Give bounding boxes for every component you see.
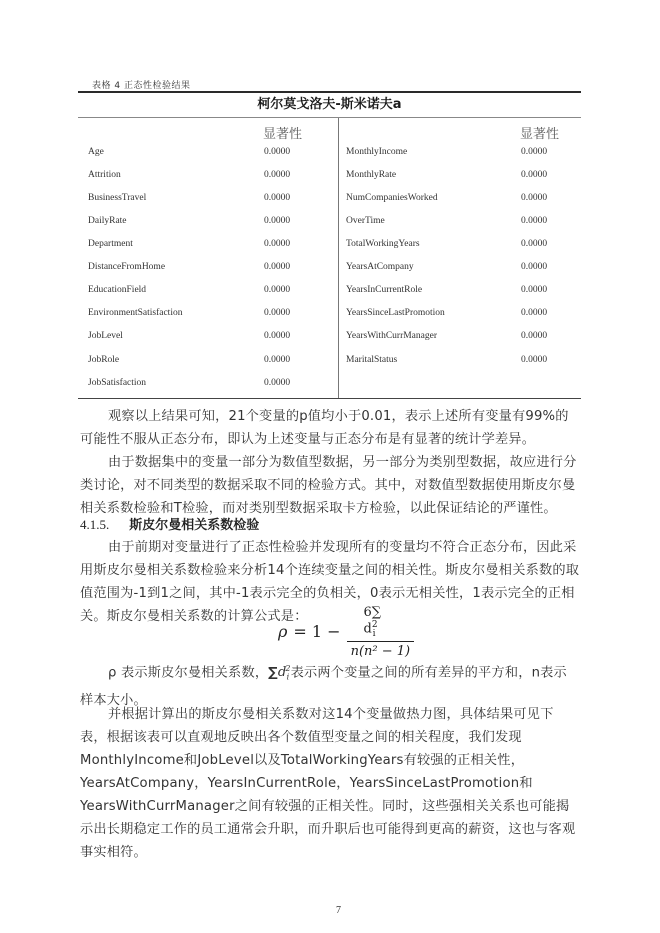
significance-value: 0.0000 bbox=[264, 302, 290, 325]
page-number: 7 bbox=[336, 905, 341, 916]
paragraph-text: 由于数据集中的变量一部分为数值型数据，另一部分为类别型数据，故应进行分类讨论，对… bbox=[80, 455, 577, 516]
sum-symbol: ∑ bbox=[268, 665, 278, 680]
table-row: Attrition0.0000 bbox=[88, 164, 328, 187]
column-header-significance-right: 显著性 bbox=[520, 123, 559, 142]
variable-name: YearsInCurrentRole bbox=[346, 279, 422, 302]
significance-value: 0.0000 bbox=[521, 349, 547, 372]
significance-value: 0.0000 bbox=[264, 164, 290, 187]
table-row: DailyRate0.0000 bbox=[88, 210, 328, 233]
table-row: EducationField0.0000 bbox=[88, 279, 328, 302]
paragraph-text: ρ 表示斯皮尔曼相关系数， bbox=[108, 665, 268, 680]
normality-test-table: 柯尔莫戈洛夫-斯米诺夫a 显著性 显著性 Age0.0000 Attrition… bbox=[78, 91, 581, 399]
table-row: DistanceFromHome0.0000 bbox=[88, 256, 328, 279]
column-header-significance-left: 显著性 bbox=[263, 123, 302, 142]
table-title: 柯尔莫戈洛夫-斯米诺夫a bbox=[78, 93, 581, 118]
significance-value: 0.0000 bbox=[521, 187, 547, 210]
numerator-sub: i bbox=[373, 629, 376, 639]
variable-name: Department bbox=[88, 233, 133, 256]
table-row: Age0.0000 bbox=[88, 141, 328, 164]
variable-name: JobSatisfaction bbox=[88, 372, 146, 395]
table-row: TotalWorkingYears0.0000 bbox=[346, 233, 576, 256]
variable-name: MonthlyRate bbox=[346, 164, 396, 187]
variable-name: DistanceFromHome bbox=[88, 256, 165, 279]
variable-name: MonthlyIncome bbox=[346, 141, 407, 164]
formula-equals: = 1 − bbox=[293, 622, 340, 641]
significance-value: 0.0000 bbox=[521, 279, 547, 302]
variable-name: YearsSinceLastPromotion bbox=[346, 302, 445, 325]
significance-value: 0.0000 bbox=[264, 372, 290, 395]
section-number: 4.1.5. bbox=[80, 517, 109, 532]
significance-value: 0.0000 bbox=[264, 233, 290, 256]
table-row: YearsSinceLastPromotion0.0000 bbox=[346, 302, 576, 325]
section-title: 斯皮尔曼相关系数检验 bbox=[129, 518, 259, 533]
significance-value: 0.0000 bbox=[264, 187, 290, 210]
section-heading: 4.1.5.斯皮尔曼相关系数检验 bbox=[80, 514, 259, 533]
significance-value: 0.0000 bbox=[264, 349, 290, 372]
significance-value: 0.0000 bbox=[264, 141, 290, 164]
table-row: NumCompaniesWorked0.0000 bbox=[346, 187, 576, 210]
formula-fraction: 6∑ d2i n(n² − 1) bbox=[347, 605, 415, 659]
paragraph-heatmap-findings: 并根据计算出的斯皮尔曼相关系数对这14个变量做热力图，具体结果可见下表，根据该表… bbox=[80, 703, 580, 864]
formula-rho: ρ bbox=[278, 622, 287, 641]
variable-name: EducationField bbox=[88, 279, 146, 302]
table-row: YearsInCurrentRole0.0000 bbox=[346, 279, 576, 302]
significance-value: 0.0000 bbox=[521, 141, 547, 164]
significance-value: 0.0000 bbox=[521, 210, 547, 233]
table-row: YearsAtCompany0.0000 bbox=[346, 256, 576, 279]
table-row: MaritalStatus0.0000 bbox=[346, 349, 576, 372]
table-row: EnvironmentSatisfaction0.0000 bbox=[88, 302, 328, 325]
spearman-formula: ρ = 1 − 6∑ d2i n(n² − 1) bbox=[278, 605, 414, 659]
variable-name: BusinessTravel bbox=[88, 187, 146, 210]
variable-name: YearsAtCompany bbox=[346, 256, 414, 279]
variable-name: JobLevel bbox=[88, 325, 123, 348]
significance-value: 0.0000 bbox=[264, 279, 290, 302]
variable-name: JobRole bbox=[88, 349, 119, 372]
table-row: JobLevel0.0000 bbox=[88, 325, 328, 348]
paragraph-text: 观察以上结果可知，21个变量的p值均小于0.01，表示上述所有变量有99%的可能… bbox=[80, 409, 569, 447]
significance-value: 0.0000 bbox=[521, 233, 547, 256]
table-row: JobRole0.0000 bbox=[88, 349, 328, 372]
variable-name: TotalWorkingYears bbox=[346, 233, 420, 256]
table-row: MonthlyRate0.0000 bbox=[346, 164, 576, 187]
table-row: Department0.0000 bbox=[88, 233, 328, 256]
variable-name: Attrition bbox=[88, 164, 121, 187]
significance-value: 0.0000 bbox=[521, 164, 547, 187]
variable-name: YearsWithCurrManager bbox=[346, 325, 437, 348]
table-row: JobSatisfaction0.0000 bbox=[88, 372, 328, 395]
table-row: OverTime0.0000 bbox=[346, 210, 576, 233]
significance-value: 0.0000 bbox=[521, 256, 547, 279]
variable-name: MaritalStatus bbox=[346, 349, 397, 372]
table-caption: 表格 4 正态性检验结果 bbox=[92, 78, 190, 91]
variable-name: NumCompaniesWorked bbox=[346, 187, 438, 210]
significance-value: 0.0000 bbox=[521, 302, 547, 325]
significance-value: 0.0000 bbox=[521, 325, 547, 348]
paragraph-test-method: 由于数据集中的变量一部分为数值型数据，另一部分为类别型数据，故应进行分类讨论，对… bbox=[80, 451, 580, 520]
table-row: BusinessTravel0.0000 bbox=[88, 187, 328, 210]
formula-numerator: 6∑ d2i bbox=[360, 605, 402, 641]
variable-name: DailyRate bbox=[88, 210, 127, 233]
variable-name: EnvironmentSatisfaction bbox=[88, 302, 182, 325]
table-row: MonthlyIncome0.0000 bbox=[346, 141, 576, 164]
variable-name: OverTime bbox=[346, 210, 385, 233]
significance-value: 0.0000 bbox=[264, 325, 290, 348]
significance-value: 0.0000 bbox=[264, 256, 290, 279]
table-row: YearsWithCurrManager0.0000 bbox=[346, 325, 576, 348]
paragraph-normality-conclusion: 观察以上结果可知，21个变量的p值均小于0.01，表示上述所有变量有99%的可能… bbox=[80, 405, 580, 451]
column-divider bbox=[338, 118, 339, 398]
variable-name: Age bbox=[88, 141, 104, 164]
significance-value: 0.0000 bbox=[264, 210, 290, 233]
paragraph-text: 并根据计算出的斯皮尔曼相关系数对这14个变量做热力图，具体结果可见下表，根据该表… bbox=[80, 707, 575, 860]
